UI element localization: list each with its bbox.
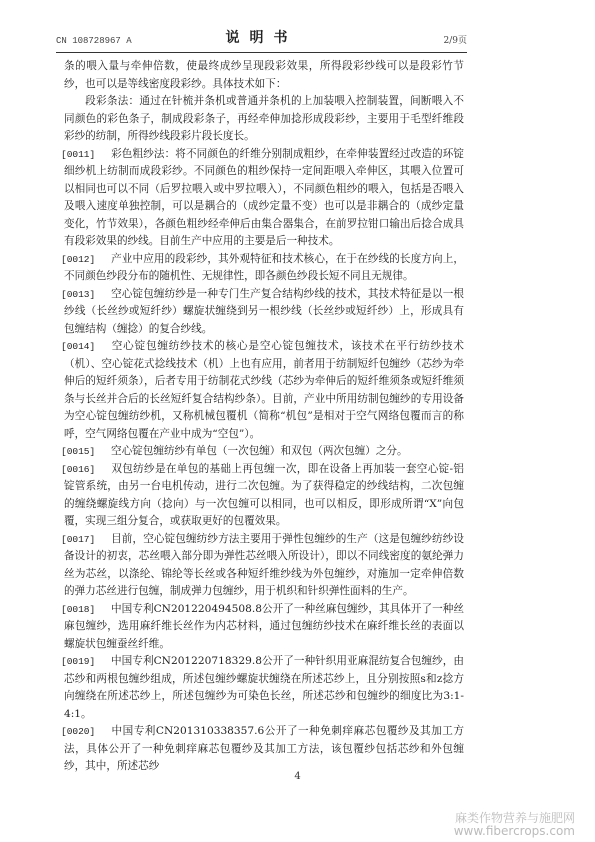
paragraph-text: 空心锭包缠纺纱技术的核心是空心锭包缠技术，该技术在平行纺纱技术（机）、空心锭花式… [64,340,464,440]
paragraph-text: 中国专利CN201220494508.8公开了一种丝麻包缠纱，其具体开了一种丝麻… [64,603,464,650]
paragraph-text: 产业中应用的段彩纱，其外观特征和技术核心，在于在纱线的长度方向上，不同颜色纱段分… [64,253,464,283]
paragraph-number: [0017] [61,531,111,549]
header-divider [56,52,467,53]
paragraph-text: 条的喂入量与牵伸倍数，使最终成纱呈现段彩效果，所得段彩纱线可以是段彩竹节纱，也可… [64,60,464,90]
paragraph: [0017]目前，空心锭包缠纺纱方法主要用于弹性包缠纱的生产（这是包缠纱纺纱设备… [64,531,464,601]
page-header: CN 108728967 A 说明书 2/9页 [56,28,467,50]
paragraph-text: 空心锭包缠纺纱是一种专门生产复合结构纱线的技术，其技术特征是以一根纱线（长丝纱或… [64,288,464,335]
paragraph-number: [0011] [61,146,111,164]
paragraph-number: [0012] [61,251,111,269]
paragraph: [0011]彩色粗纱法：将不同颜色的纤维分别制成粗纱，在牵伸装置经过改造的环锭细… [64,146,464,251]
paragraph-number: [0019] [61,653,111,671]
paragraph: [0018]中国专利CN201220494508.8公开了一种丝麻包缠纱，其具体… [64,601,464,654]
paragraph: [0012]产业中应用的段彩纱，其外观特征和技术核心，在于在纱线的长度方向上，不… [64,251,464,286]
paragraph: 条的喂入量与牵伸倍数，使最终成纱呈现段彩效果，所得段彩纱线可以是段彩竹节纱，也可… [64,58,464,93]
paragraph: [0014]空心锭包缠纺纱技术的核心是空心锭包缠技术，该技术在平行纺纱技术（机）… [64,338,464,443]
page-indicator: 2/9页 [444,33,468,46]
paragraph-text: 段彩条法：通过在针梳并条机或普通并条机的上加装喂入控制装置，间断喂入不同颜色的彩… [64,95,464,142]
paragraph-number: [0013] [61,286,111,304]
paragraph: 段彩条法：通过在针梳并条机或普通并条机的上加装喂入控制装置，间断喂入不同颜色的彩… [64,93,464,146]
paragraph-text: 目前，空心锭包缠纺纱方法主要用于弹性包缠纱的生产（这是包缠纱纺纱设备设计的初衷，… [64,533,464,598]
paragraph: [0016]双包纺纱是在单包的基础上再包缠一次，即在设备上再加装一套空心锭-铝锭… [64,461,464,531]
paragraph-text: 中国专利CN201220718329.8公开了一种针织用亚麻混纺复合包缠纱，由芯… [64,655,464,720]
paragraph-text: 中国专利CN201310338357.6公开了一种免刺痒麻芯包覆纱及其加工方法，… [64,725,464,772]
paragraph-number: [0015] [61,443,111,461]
page-number: 4 [0,771,595,782]
page-title: 说明书 [56,27,467,47]
watermark: 麻类作物营养与施肥网 www.fibercrops.com [454,812,575,838]
paragraph-text: 彩色粗纱法：将不同颜色的纤维分别制成粗纱，在牵伸装置经过改造的环锭细纱机上纺制而… [64,148,464,248]
paragraph-text: 空心锭包缠纺纱有单包（一次包缠）和双包（两次包缠）之分。 [111,445,408,457]
paragraph-number: [0018] [61,601,111,619]
paragraph: [0020]中国专利CN201310338357.6公开了一种免刺痒麻芯包覆纱及… [64,723,464,776]
paragraph-number: [0020] [61,723,111,741]
paragraph-number: [0014] [61,338,111,356]
paragraph: [0013]空心锭包缠纺纱是一种专门生产复合结构纱线的技术，其技术特征是以一根纱… [64,286,464,339]
paragraph-number: [0016] [61,461,111,479]
paragraph-text: 双包纺纱是在单包的基础上再包缠一次，即在设备上再加装一套空心锭-铝锭管系统，由另… [64,463,464,528]
paragraph: [0015]空心锭包缠纺纱有单包（一次包缠）和双包（两次包缠）之分。 [64,443,464,461]
paragraph: [0019]中国专利CN201220718329.8公开了一种针织用亚麻混纺复合… [64,653,464,723]
watermark-line-2: www.fibercrops.com [454,825,575,838]
document-body: 条的喂入量与牵伸倍数，使最终成纱呈现段彩效果，所得段彩纱线可以是段彩竹节纱，也可… [64,58,464,776]
